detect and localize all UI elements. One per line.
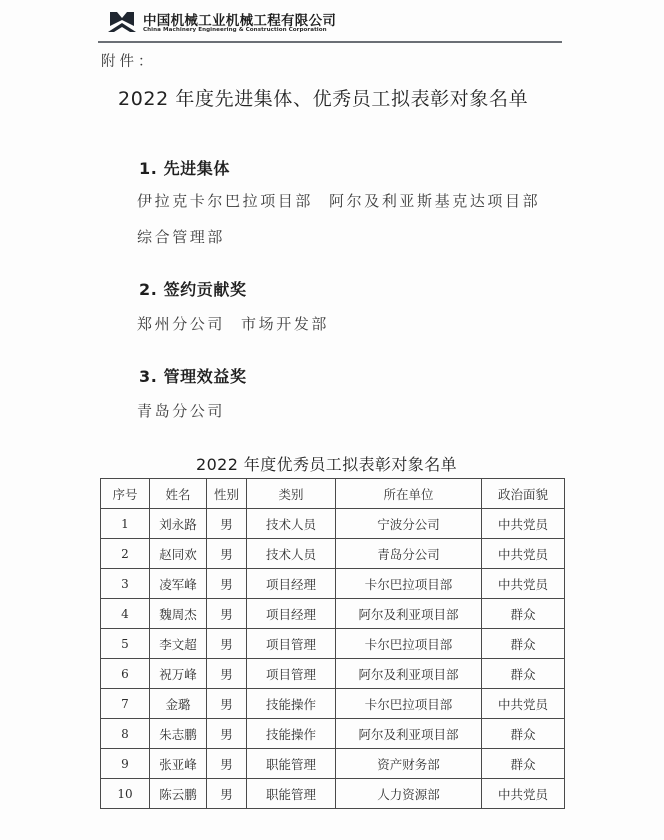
cell-unit: 资产财务部 xyxy=(336,749,482,779)
cell-name: 刘永路 xyxy=(150,509,207,539)
cell-category: 技术人员 xyxy=(247,539,336,569)
cell-name: 张亚峰 xyxy=(150,749,207,779)
table-row: 6祝万峰男项目管理阿尔及利亚项目部群众 xyxy=(101,659,565,689)
table-row: 8朱志鹏男技能操作阿尔及利亚项目部群众 xyxy=(101,719,565,749)
company-name-chinese: 中国机械工业机械工程有限公司 xyxy=(143,9,336,29)
cmec-mountain-logo-icon xyxy=(108,11,136,33)
award-unit: 阿尔及利亚斯基克达项目部 xyxy=(329,192,540,210)
cell-unit: 阿尔及利亚项目部 xyxy=(336,599,482,629)
table-row: 7金璐男技能操作卡尔巴拉项目部中共党员 xyxy=(101,689,565,719)
cell-unit: 卡尔巴拉项目部 xyxy=(336,629,482,659)
section-line: 郑州分公司市场开发部 xyxy=(137,313,329,334)
cell-gender: 男 xyxy=(207,509,247,539)
cell-gender: 男 xyxy=(207,749,247,779)
outstanding-employees-table: 序号 姓名 性别 类别 所在单位 政治面貌 1刘永路男技术人员宁波分公司中共党员… xyxy=(100,478,565,809)
award-unit: 青岛分公司 xyxy=(137,402,225,420)
award-unit: 郑州分公司 xyxy=(137,315,225,333)
award-unit: 市场开发部 xyxy=(241,315,329,333)
cell-category: 项目经理 xyxy=(247,569,336,599)
cell-name: 凌军峰 xyxy=(150,569,207,599)
cell-gender: 男 xyxy=(207,779,247,809)
cell-name: 魏周杰 xyxy=(150,599,207,629)
cell-category: 技能操作 xyxy=(247,719,336,749)
section-heading-advanced-collective: 1. 先进集体 xyxy=(139,156,230,179)
cell-category: 职能管理 xyxy=(247,779,336,809)
cell-gender: 男 xyxy=(207,689,247,719)
cell-category: 项目管理 xyxy=(247,659,336,689)
table-row: 3凌军峰男项目经理卡尔巴拉项目部中共党员 xyxy=(101,569,565,599)
section-heading-management-benefit: 3. 管理效益奖 xyxy=(139,364,247,387)
cell-unit: 阿尔及利亚项目部 xyxy=(336,719,482,749)
section-line: 青岛分公司 xyxy=(137,400,225,421)
cell-unit: 人力资源部 xyxy=(336,779,482,809)
cell-political-status: 群众 xyxy=(482,749,565,779)
cell-name: 朱志鹏 xyxy=(150,719,207,749)
cell-name: 李文超 xyxy=(150,629,207,659)
column-header-gender: 性别 xyxy=(207,479,247,509)
header-divider xyxy=(98,41,562,43)
cell-gender: 男 xyxy=(207,569,247,599)
column-header-political-status: 政治面貌 xyxy=(482,479,565,509)
cell-political-status: 中共党员 xyxy=(482,539,565,569)
company-name-english: China Machinery Engineering & Constructi… xyxy=(143,27,327,33)
column-header-category: 类别 xyxy=(247,479,336,509)
cell-gender: 男 xyxy=(207,629,247,659)
section-heading-contract-contribution: 2. 签约贡献奖 xyxy=(139,277,247,300)
cell-category: 项目经理 xyxy=(247,599,336,629)
cell-name: 金璐 xyxy=(150,689,207,719)
cell-category: 技能操作 xyxy=(247,689,336,719)
section-line: 综合管理部 xyxy=(137,226,225,247)
cell-index: 7 xyxy=(101,689,150,719)
cell-political-status: 中共党员 xyxy=(482,509,565,539)
cell-name: 祝万峰 xyxy=(150,659,207,689)
table-row: 10陈云鹏男职能管理人力资源部中共党员 xyxy=(101,779,565,809)
cell-name: 赵同欢 xyxy=(150,539,207,569)
cell-unit: 卡尔巴拉项目部 xyxy=(336,689,482,719)
cell-index: 5 xyxy=(101,629,150,659)
table-row: 2赵同欢男技术人员青岛分公司中共党员 xyxy=(101,539,565,569)
award-unit: 伊拉克卡尔巴拉项目部 xyxy=(137,192,313,210)
letterhead: 中国机械工业机械工程有限公司 China Machinery Engineeri… xyxy=(108,9,568,39)
cell-category: 项目管理 xyxy=(247,629,336,659)
cell-political-status: 中共党员 xyxy=(482,569,565,599)
cell-gender: 男 xyxy=(207,599,247,629)
cell-unit: 宁波分公司 xyxy=(336,509,482,539)
column-header-unit: 所在单位 xyxy=(336,479,482,509)
cell-political-status: 群众 xyxy=(482,599,565,629)
cell-index: 8 xyxy=(101,719,150,749)
cell-index: 3 xyxy=(101,569,150,599)
cell-gender: 男 xyxy=(207,539,247,569)
table-header-row: 序号 姓名 性别 类别 所在单位 政治面貌 xyxy=(101,479,565,509)
cell-index: 9 xyxy=(101,749,150,779)
cell-index: 6 xyxy=(101,659,150,689)
column-header-name: 姓名 xyxy=(150,479,207,509)
cell-unit: 青岛分公司 xyxy=(336,539,482,569)
cell-unit: 卡尔巴拉项目部 xyxy=(336,569,482,599)
column-header-index: 序号 xyxy=(101,479,150,509)
cell-gender: 男 xyxy=(207,659,247,689)
cell-index: 1 xyxy=(101,509,150,539)
cell-political-status: 中共党员 xyxy=(482,689,565,719)
cell-category: 职能管理 xyxy=(247,749,336,779)
attachment-label: 附件： xyxy=(101,50,157,71)
page-title: 2022 年度先进集体、优秀员工拟表彰对象名单 xyxy=(118,84,528,111)
cell-index: 10 xyxy=(101,779,150,809)
table-title: 2022 年度优秀员工拟表彰对象名单 xyxy=(196,452,457,475)
cell-political-status: 群众 xyxy=(482,659,565,689)
cell-political-status: 群众 xyxy=(482,629,565,659)
award-unit: 综合管理部 xyxy=(137,228,225,246)
cell-category: 技术人员 xyxy=(247,509,336,539)
cell-political-status: 群众 xyxy=(482,719,565,749)
cell-index: 4 xyxy=(101,599,150,629)
table-row: 4魏周杰男项目经理阿尔及利亚项目部群众 xyxy=(101,599,565,629)
cell-unit: 阿尔及利亚项目部 xyxy=(336,659,482,689)
table-body: 1刘永路男技术人员宁波分公司中共党员2赵同欢男技术人员青岛分公司中共党员3凌军峰… xyxy=(101,509,565,809)
table-row: 9张亚峰男职能管理资产财务部群众 xyxy=(101,749,565,779)
section-line: 伊拉克卡尔巴拉项目部阿尔及利亚斯基克达项目部 xyxy=(137,190,540,211)
cell-gender: 男 xyxy=(207,719,247,749)
cell-political-status: 中共党员 xyxy=(482,779,565,809)
cell-name: 陈云鹏 xyxy=(150,779,207,809)
table-row: 1刘永路男技术人员宁波分公司中共党员 xyxy=(101,509,565,539)
cell-index: 2 xyxy=(101,539,150,569)
table-row: 5李文超男项目管理卡尔巴拉项目部群众 xyxy=(101,629,565,659)
